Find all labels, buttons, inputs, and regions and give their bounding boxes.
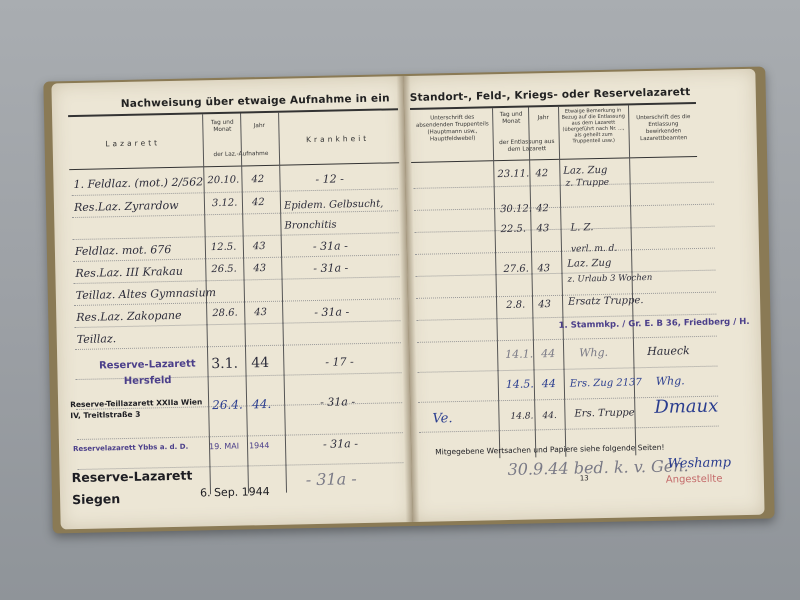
- row-date: 23.11.: [497, 168, 529, 180]
- row-bemerkung: L. Z.: [570, 222, 593, 233]
- row-lazarett: Teillaz. Altes Gymnasium: [76, 286, 216, 302]
- row-lazarett: Teillaz.: [77, 332, 117, 346]
- header-rule: [68, 108, 398, 117]
- row-bemerkung: Ers. Zug 2137: [570, 377, 642, 390]
- header-bemerkung: Etwaige Bemerkung in Bezug auf die Entla…: [560, 107, 627, 144]
- right-page: Standort-, Feld-, Kriegs- oder Reservela…: [403, 69, 764, 522]
- stamp-siegen-date: 6. Sep. 1944: [200, 485, 270, 499]
- row-krankheit: - 12 -: [315, 172, 344, 186]
- row-krankheit: - 17 -: [325, 355, 354, 369]
- header-bottom-rule: [411, 156, 697, 163]
- row-date: 19. MAI: [209, 442, 239, 452]
- row-krankheit: - 31a -: [314, 305, 349, 319]
- header-jahr: Jahr: [528, 115, 558, 123]
- row-krankheit: - 31a -: [320, 395, 355, 409]
- row-date: 26.5.: [211, 264, 237, 276]
- row-signature: Whg.: [656, 374, 685, 388]
- row-lazarett: Res.Laz. Zyrardow: [74, 199, 179, 214]
- row-year: 42: [535, 168, 548, 179]
- row-year: 42: [536, 203, 549, 214]
- header-unterschrift-lazarett: Unterschrift des die Entlassung bewirken…: [630, 114, 697, 143]
- signature-dmaux: Dmaux: [654, 396, 718, 418]
- row-date: 14.5.: [506, 377, 534, 391]
- red-stamp: Angestellte: [666, 473, 723, 485]
- stamp-hersfeld: Reserve-Lazarett Hersfeld: [87, 356, 208, 391]
- row-date: 14.1.: [505, 347, 533, 361]
- header-rule: [410, 102, 696, 110]
- row-year: 43: [537, 263, 550, 274]
- header-jahr: Jahr: [242, 123, 276, 131]
- row-year: 44.: [542, 411, 557, 421]
- footer-note: Mitgegebene Wertsachen und Papiere siehe…: [435, 443, 664, 457]
- left-page-title: Nachweisung über etwaige Aufnahme in ein: [121, 92, 390, 110]
- row-date: 30.12.: [500, 203, 532, 215]
- row-bemerkung: z. Urlaub 3 Wochen: [568, 273, 653, 285]
- header-lazarett: Lazarett: [73, 139, 193, 149]
- row-year: 44: [251, 355, 269, 371]
- header-unterschrift-truppenteil: Unterschrift des absendenden Truppenteil…: [412, 114, 493, 144]
- row-krankheit-pencil: - 31a -: [306, 469, 357, 489]
- row-date: 27.6.: [503, 264, 529, 276]
- open-booklet: Nachweisung über etwaige Aufnahme in ein…: [51, 69, 768, 530]
- pencil-note: 30.9.44 bed. k. v. Gen.: [507, 456, 688, 479]
- row-krankheit: - 31a -: [313, 261, 348, 275]
- row-date: 14.8.: [510, 411, 533, 421]
- row-lazarett: 1. Feldlaz. (mot.) 2/562: [73, 175, 203, 191]
- row-bemerkung: verl. m. d.: [571, 244, 617, 255]
- row-bemerkung: Ersatz Truppe.: [568, 295, 644, 308]
- header-tag-monat: Tag und Monat: [494, 111, 528, 126]
- row-year: 44: [542, 377, 556, 390]
- row-krankheit: Epidem. Gelbsucht, Bronchitis: [284, 194, 395, 236]
- stamp-wien: Reserve-Teillazarett XXIIa Wien IV, Trei…: [70, 396, 210, 421]
- row-date: 3.1.: [211, 356, 238, 373]
- row-date: 2.8.: [506, 300, 525, 311]
- row-date: 22.5.: [500, 224, 526, 236]
- page-number: 13: [580, 474, 589, 482]
- row-bemerkung: Laz. Zug: [567, 258, 611, 270]
- row-lazarett: Res.Laz. III Krakau: [75, 265, 183, 280]
- row-date: 20.10.: [207, 175, 239, 187]
- row-bemerkung: Laz. Zug: [563, 165, 607, 177]
- row-year: 43: [254, 307, 267, 318]
- left-page: Nachweisung über etwaige Aufnahme in ein…: [51, 76, 412, 529]
- row-lazarett: Feldlaz. mot. 676: [75, 243, 172, 258]
- row-year: 43: [536, 223, 549, 234]
- row-date: 12.5.: [211, 242, 237, 254]
- row-year: 43: [253, 263, 266, 274]
- row-lazarett: Res.Laz. Zakopane: [76, 309, 182, 324]
- right-page-title: Standort-, Feld-, Kriegs- oder Reservela…: [410, 86, 691, 104]
- row-year: 1944: [249, 441, 270, 450]
- stamp-stammkompanie: 1. Stammkp. / Gr. E. B 36, Friedberg / H…: [558, 317, 749, 331]
- row-bemerkung: Ers. Truppe: [574, 407, 634, 419]
- row-signature: Haueck: [647, 344, 690, 358]
- row-year: 44: [541, 347, 555, 360]
- row-year: 42: [252, 197, 265, 208]
- row-date: 3.12.: [212, 198, 238, 210]
- row-year: 42: [251, 174, 264, 185]
- row-bemerkung: z. Truppe: [566, 178, 610, 189]
- header-bottom-rule: [69, 162, 399, 170]
- row-date: 28.6.: [212, 308, 238, 320]
- header-der-entlassung: der Entlassung aus dem Lazarett: [495, 139, 559, 154]
- header-tag-monat: Tag und Monat: [204, 120, 240, 135]
- row-year: 44.: [252, 397, 271, 411]
- signature-bottom: Weshamp: [667, 455, 731, 471]
- row-krankheit: - 31a -: [313, 239, 348, 253]
- header-krankheit: Krankheit: [283, 134, 393, 143]
- row-year: 43: [253, 241, 266, 252]
- row-year: 43: [538, 299, 551, 310]
- stamp-ybbs: Reservelazarett Ybbs a. d. D.: [73, 443, 188, 453]
- row-date: 26.4.: [212, 398, 243, 413]
- row-prefix: Ve.: [432, 411, 452, 426]
- row-krankheit: - 31a -: [323, 437, 358, 451]
- row-bemerkung: Whg.: [579, 346, 608, 360]
